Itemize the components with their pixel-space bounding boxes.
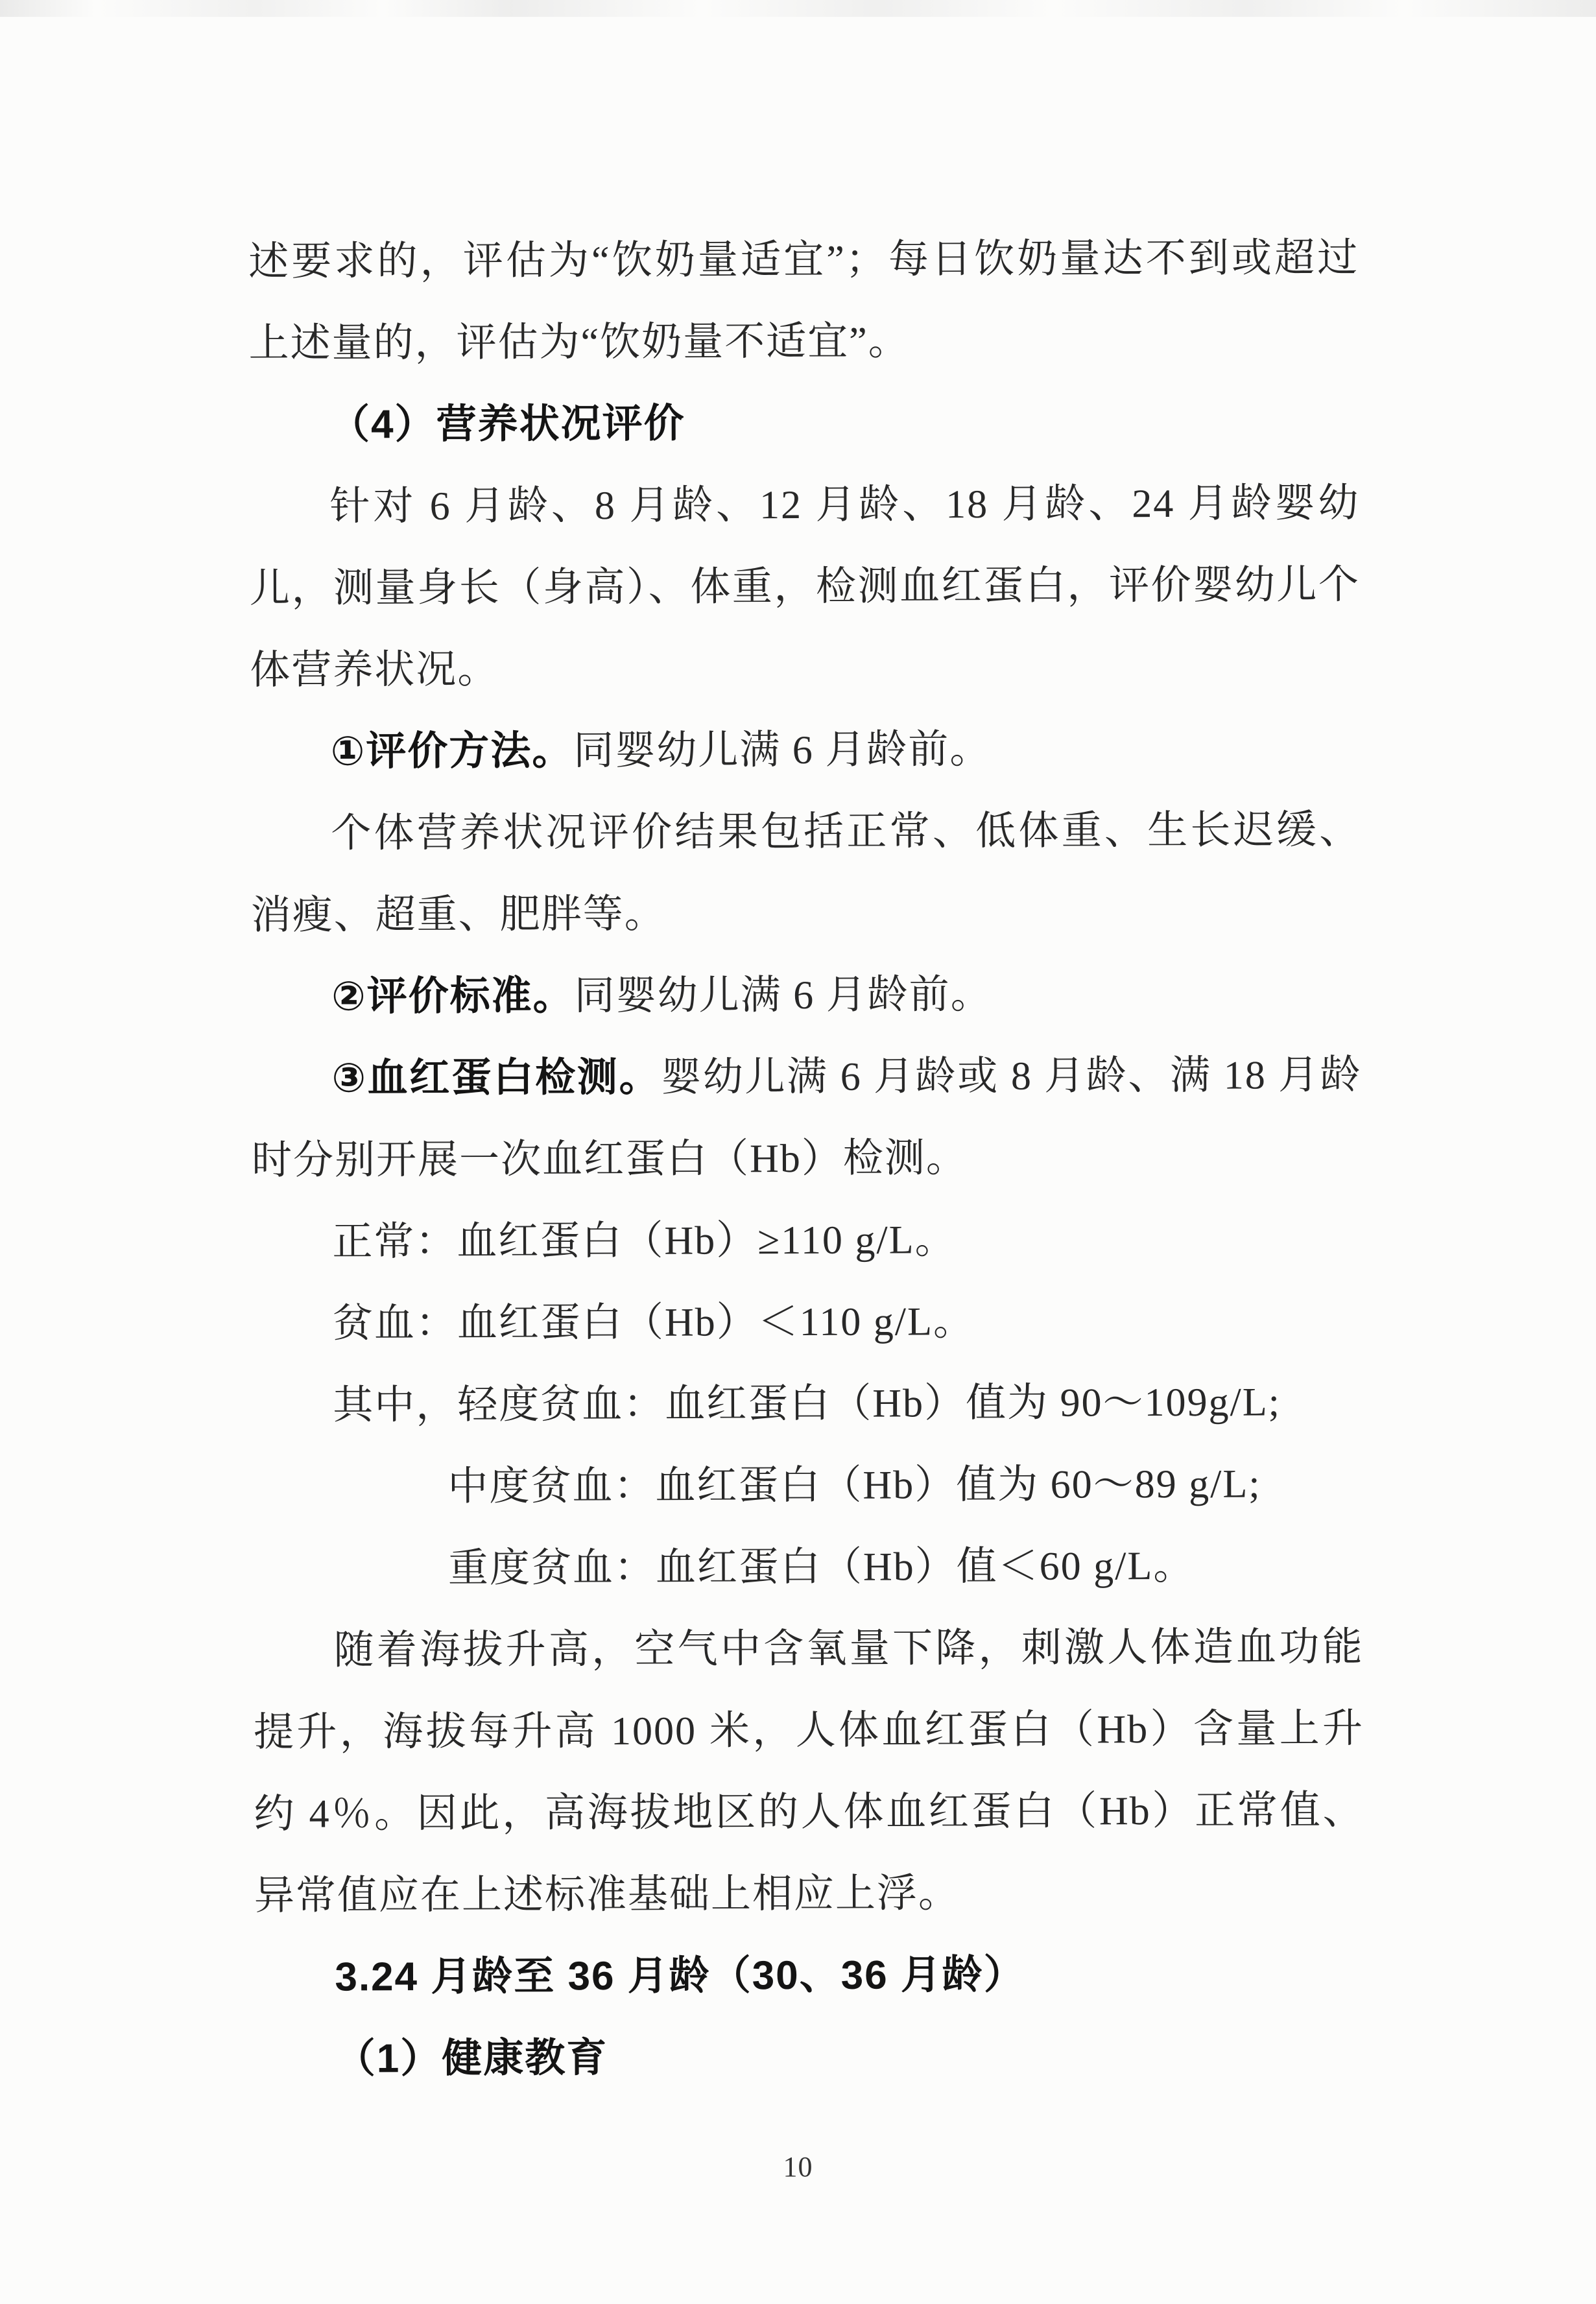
scan-artifact-top — [0, 0, 1596, 17]
paragraph-milk-intake-evaluation: 述要求的，评估为“饮奶量适宜”；每日饮奶量达不到或超过上述量的，评估为“饮奶量不… — [248, 217, 1359, 385]
paragraph-hemoglobin-test: ③血红蛋白检测。婴幼儿满 6 月龄或 8 月龄、满 18 月龄时分别开展一次血红… — [251, 1034, 1362, 1202]
paragraph-anemia-mild: 其中，轻度贫血：血红蛋白（Hb）值为 90～109g/L; — [252, 1361, 1363, 1447]
paragraph-hb-normal: 正常：血红蛋白（Hb）≥110 g/L。 — [252, 1198, 1362, 1283]
paragraph-anemia-moderate: 中度贫血：血红蛋白（Hb）值为 60～89 g/L; — [253, 1443, 1363, 1528]
paragraph-hb-anemia: 贫血：血红蛋白（Hb）＜110 g/L。 — [252, 1279, 1363, 1365]
page-number: 10 — [0, 2150, 1596, 2183]
evaluation-method-label: ①评价方法。 — [331, 728, 574, 774]
heading-nutrition-status-evaluation: （4）营养状况评价 — [249, 381, 1359, 466]
document-body: 述要求的，评估为“饮奶量适宜”；每日饮奶量达不到或超过上述量的，评估为“饮奶量不… — [248, 217, 1365, 2100]
paragraph-evaluation-standard: ②评价标准。同婴幼儿满 6 月龄前。 — [251, 953, 1361, 1038]
evaluation-standard-text: 同婴幼儿满 6 月龄前。 — [575, 973, 992, 1018]
paragraph-evaluation-results: 个体营养状况评价结果包括正常、低体重、生长迟缓、消瘦、超重、肥胖等。 — [250, 789, 1361, 956]
paragraph-evaluation-method: ①评价方法。同婴幼儿满 6 月龄前。 — [250, 707, 1361, 793]
heading-health-education: （1）健康教育 — [255, 2015, 1365, 2100]
evaluation-standard-label: ②评价标准。 — [331, 973, 575, 1019]
document-page: 述要求的，评估为“饮奶量适宜”；每日饮奶量达不到或超过上述量的，评估为“饮奶量不… — [0, 0, 1596, 2304]
heading-24-to-36-months: 3.24 月龄至 36 月龄（30、36 月龄） — [254, 1933, 1364, 2019]
paragraph-altitude-adjustment: 随着海拔升高，空气中含氧量下降，刺激人体造血功能提升，海拔每升高 1000 米，… — [253, 1606, 1364, 1937]
paragraph-anemia-severe: 重度贫血：血红蛋白（Hb）值＜60 g/L。 — [253, 1525, 1363, 1610]
evaluation-method-text: 同婴幼儿满 6 月龄前。 — [573, 728, 991, 773]
paragraph-measurement-scope: 针对 6 月龄、8 月龄、12 月龄、18 月龄、24 月龄婴幼儿，测量身长（身… — [249, 462, 1360, 711]
hemoglobin-test-label: ③血红蛋白检测。 — [331, 1055, 661, 1101]
